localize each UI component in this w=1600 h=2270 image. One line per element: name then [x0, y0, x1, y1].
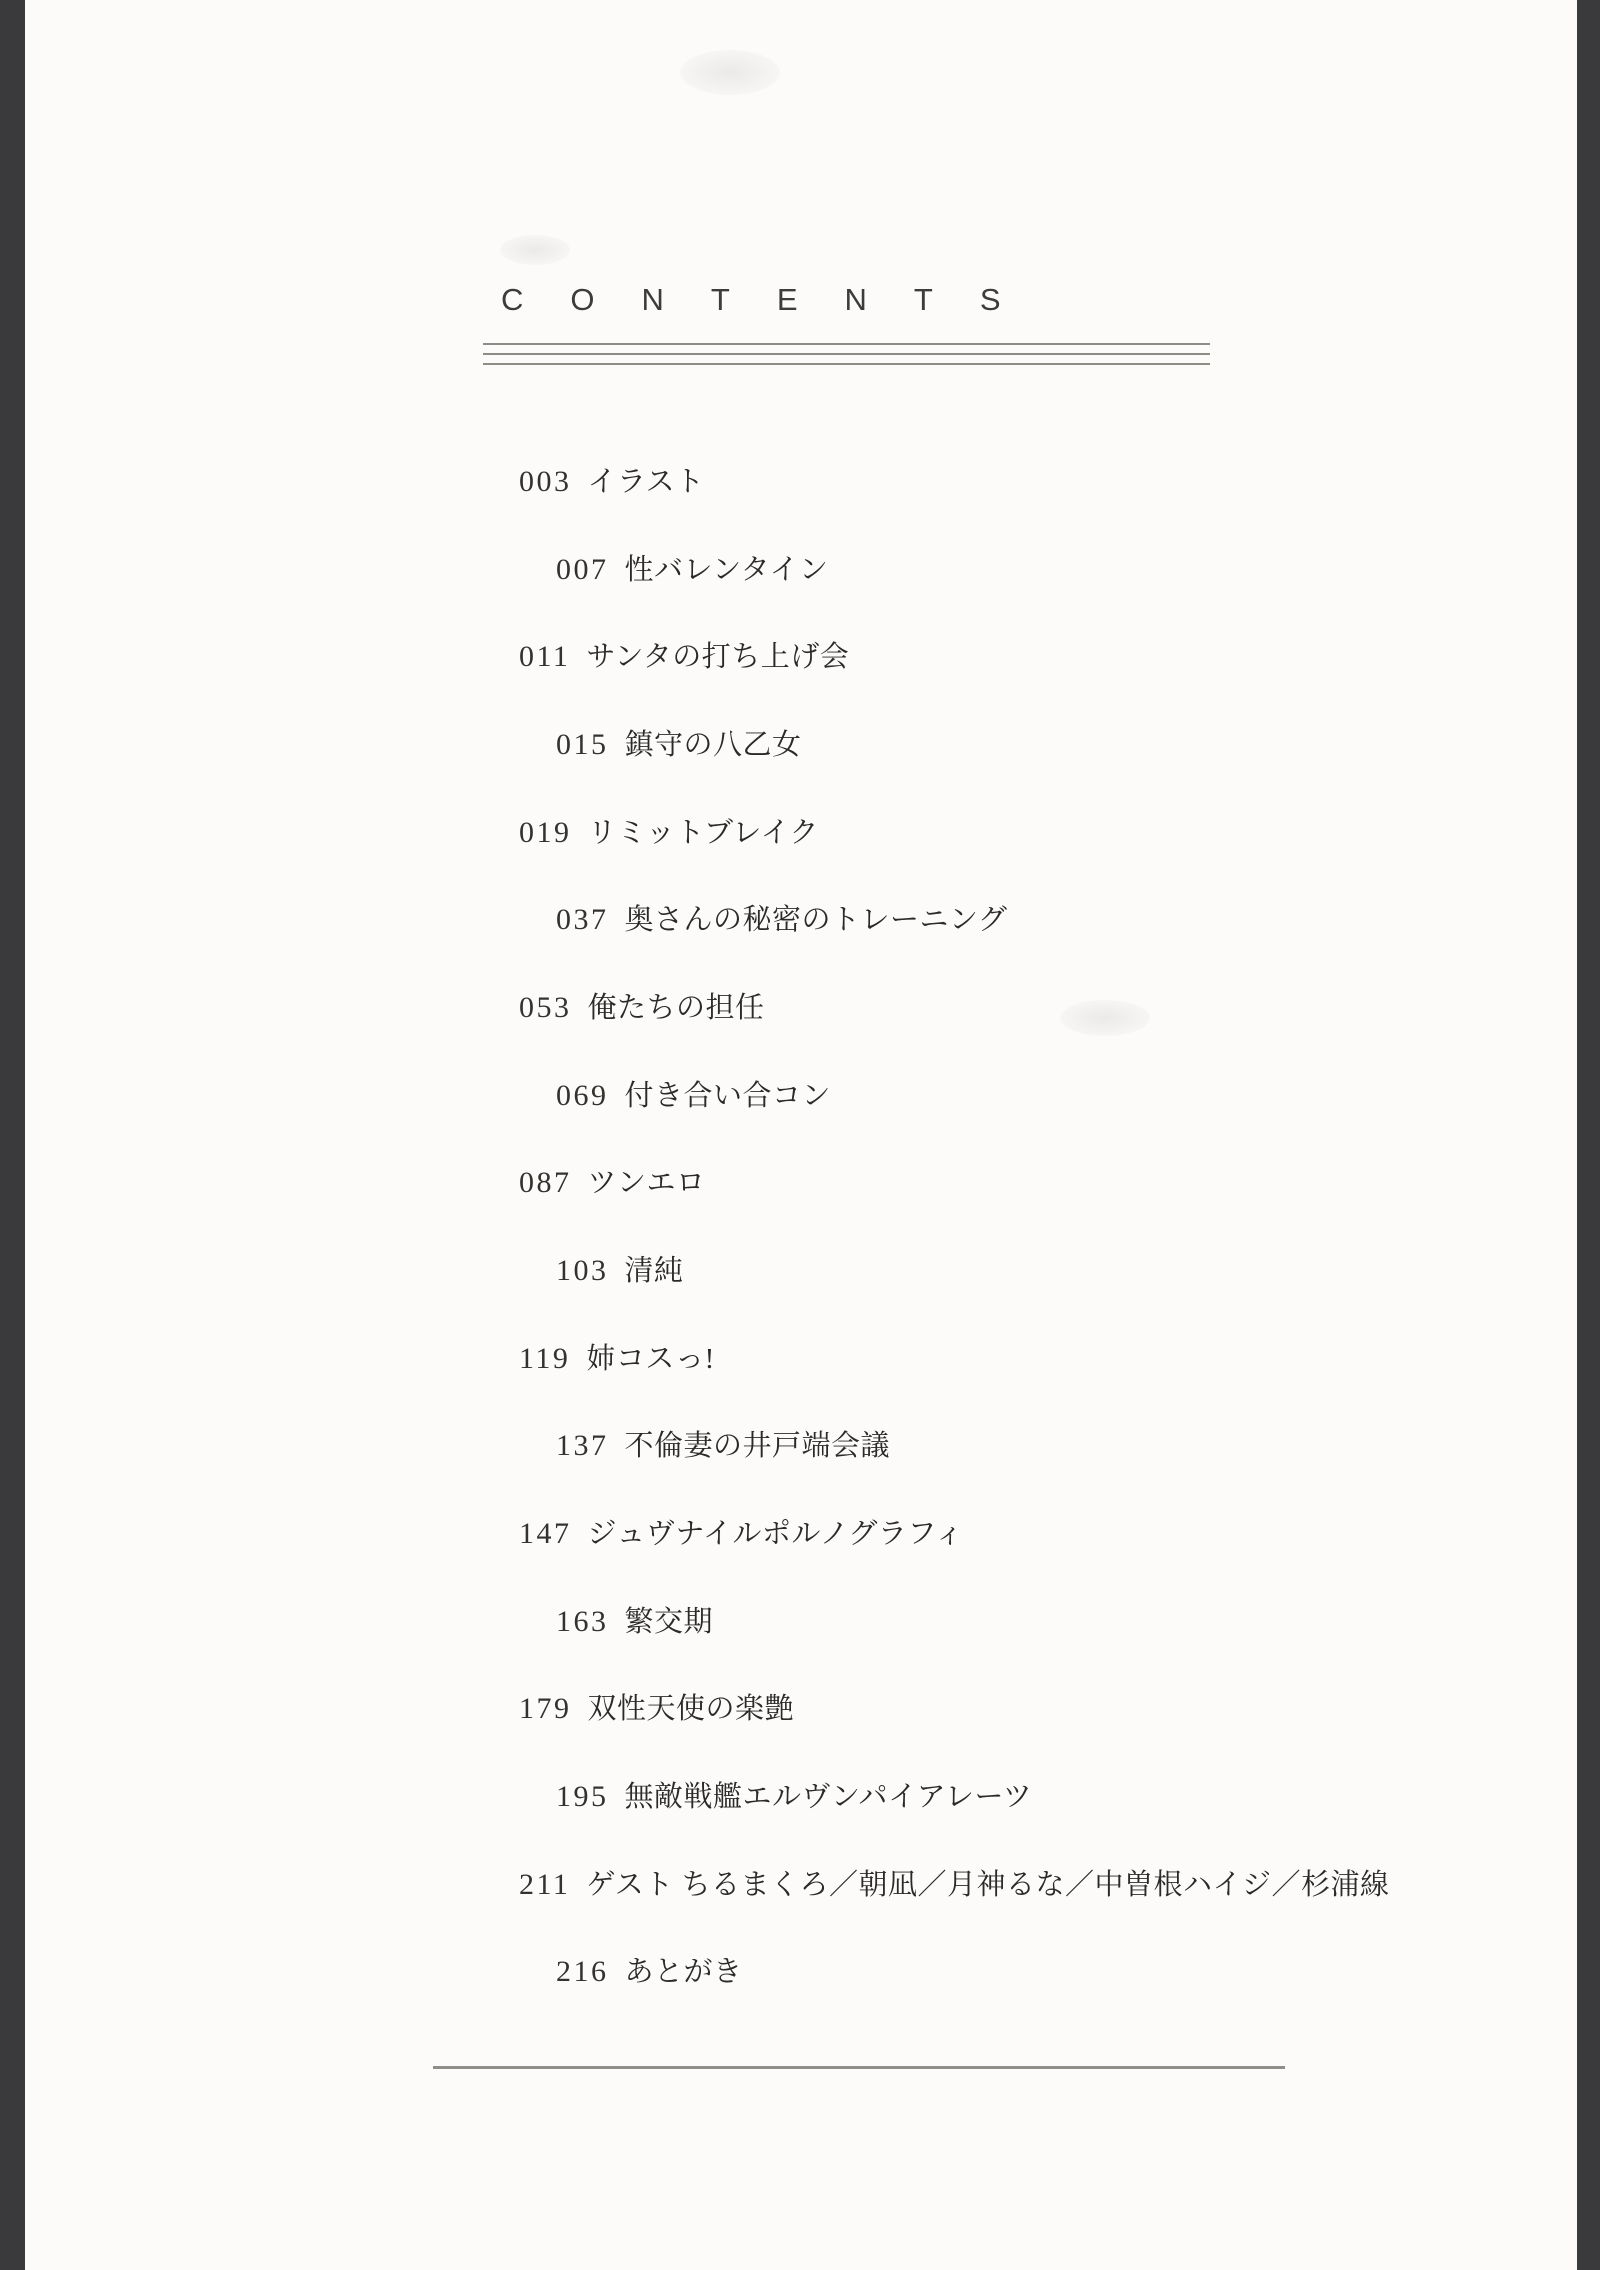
- toc-page-number: 087: [519, 1166, 572, 1199]
- toc-row: 087ツンエロ: [519, 1160, 706, 1201]
- toc-title: 鎮守の八乙女: [625, 729, 802, 761]
- toc-page-number: 019: [519, 816, 572, 849]
- toc-page-number: 179: [519, 1692, 572, 1725]
- toc-row: 216あとがき: [556, 1949, 743, 1990]
- toc-title: ゲスト ちるまくろ／朝凪／月神るな／中曽根ハイジ／杉浦線: [586, 1869, 1389, 1901]
- toc-row: 119姉コスっ!: [519, 1336, 715, 1377]
- toc-page-number: 015: [556, 728, 609, 761]
- toc-row: 179双性天使の楽艶: [519, 1686, 794, 1727]
- toc-page-number: 053: [519, 991, 572, 1024]
- toc-title: ジュヴナイルポルノグラフィ: [588, 1518, 965, 1550]
- toc-page-number: 211: [519, 1868, 570, 1901]
- toc-row: 007性バレンタイン: [556, 547, 829, 588]
- toc-title: イラスト: [588, 466, 705, 498]
- toc-title: 繁交期: [625, 1606, 714, 1638]
- toc-page-number: 147: [519, 1517, 572, 1550]
- toc-title: 奥さんの秘密のトレーニング: [625, 904, 1008, 936]
- toc-title: 無敵戦艦エルヴンパイアレーツ: [625, 1781, 1033, 1813]
- toc-row: 211ゲスト ちるまくろ／朝凪／月神るな／中曽根ハイジ／杉浦線: [519, 1862, 1389, 1903]
- toc-row: 137不倫妻の井戸端会議: [556, 1423, 890, 1464]
- toc-title: 付き合い合コン: [625, 1080, 832, 1112]
- toc-title: 双性天使の楽艶: [588, 1693, 795, 1725]
- toc-page-number: 163: [556, 1605, 609, 1638]
- toc-page-number: 037: [556, 903, 609, 936]
- toc-row: 103清純: [556, 1248, 684, 1289]
- toc-row: 195無敵戦艦エルヴンパイアレーツ: [556, 1774, 1032, 1815]
- toc-row: 037奥さんの秘密のトレーニング: [556, 897, 1007, 938]
- toc-page-number: 216: [556, 1955, 609, 1988]
- toc-title: 俺たちの担任: [588, 992, 765, 1024]
- toc-row: 147ジュヴナイルポルノグラフィ: [519, 1511, 964, 1552]
- toc-title: 清純: [625, 1255, 684, 1287]
- book-contents-page: CONTENTS 003イラスト 007性バレンタイン 011サンタの打ち上げ会…: [0, 0, 1600, 2270]
- bottom-rule-line: [433, 2066, 1285, 2069]
- toc-title: あとがき: [625, 1956, 743, 1988]
- toc-title: 姉コスっ!: [586, 1343, 714, 1375]
- toc-page-number: 195: [556, 1780, 609, 1813]
- toc-row: 069付き合い合コン: [556, 1073, 831, 1114]
- toc-page-number: 137: [556, 1429, 609, 1462]
- toc-title: ツンエロ: [588, 1167, 706, 1199]
- toc-row: 003イラスト: [519, 459, 705, 500]
- toc-row: 011サンタの打ち上げ会: [519, 634, 849, 675]
- toc-page-number: 069: [556, 1079, 609, 1112]
- toc-row: 015鎮守の八乙女: [556, 722, 802, 763]
- toc-page-number: 007: [556, 553, 609, 586]
- toc-title: 性バレンタイン: [625, 554, 829, 586]
- toc-page-number: 011: [519, 640, 570, 673]
- toc-page-number: 119: [519, 1342, 570, 1375]
- toc-title: サンタの打ち上げ会: [586, 641, 849, 673]
- toc-row: 053俺たちの担任: [519, 985, 765, 1026]
- toc-page-number: 103: [556, 1254, 609, 1287]
- toc-row: 163繁交期: [556, 1599, 713, 1640]
- toc-title: リミットブレイク: [588, 817, 819, 849]
- toc-row: 019リミットブレイク: [519, 810, 819, 851]
- toc-title: 不倫妻の井戸端会議: [625, 1430, 891, 1462]
- toc-page-number: 003: [519, 465, 572, 498]
- toc-list: 003イラスト 007性バレンタイン 011サンタの打ち上げ会 015鎮守の八乙…: [0, 0, 1600, 2270]
